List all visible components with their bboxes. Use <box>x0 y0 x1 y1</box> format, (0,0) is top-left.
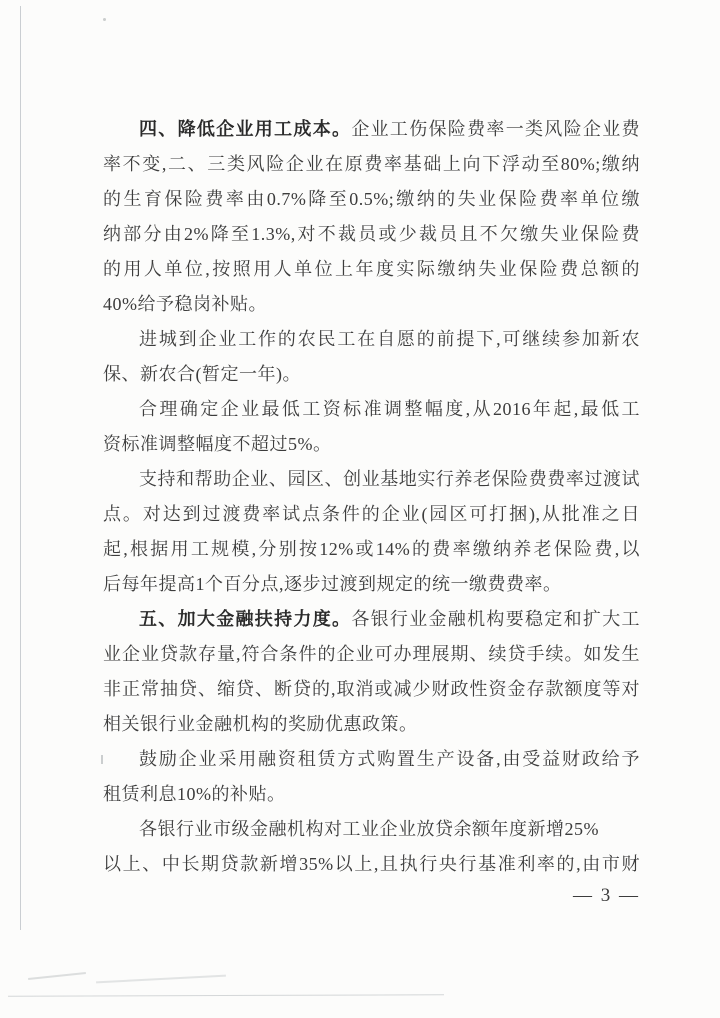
text-line: 的生育保险费率由0.7%降至0.5%;缴纳的失业保险费率单位缴 <box>103 182 640 217</box>
body-text: 非正常抽贷、缩贷、断贷的,取消或减少财政性资金存款额度等对 <box>103 679 640 699</box>
text-block: 四、降低企业用工成本。企业工伤保险费率一类风险企业费率不变,二、三类风险企业在原… <box>103 112 640 882</box>
body-text: 业企业贷款存量,符合条件的企业可办理展期、续贷手续。如发生 <box>103 644 640 664</box>
scan-smudge <box>96 975 226 984</box>
body-text: 企业工伤保险费率一类风险企业费 <box>351 119 640 139</box>
scan-smudge <box>28 972 86 980</box>
text-line: 合理确定企业最低工资标准调整幅度,从2016年起,最低工 <box>103 392 640 427</box>
body-text: 各银行业市级金融机构对工业企业放贷余额年度新增25% <box>139 819 599 839</box>
text-line: 资标准调整幅度不超过5%。 <box>103 427 640 462</box>
text-line: 保、新农合(暂定一年)。 <box>103 357 640 392</box>
body-text: 各银行业金融机构要稳定和扩大工 <box>351 609 640 629</box>
text-line: 40%给予稳岗补贴。 <box>103 287 640 322</box>
body-text: 的用人单位,按照用人单位上年度实际缴纳失业保险费总额的 <box>103 259 640 279</box>
body-text: 起,根据用工规模,分别按12%或14%的费率缴纳养老保险费,以 <box>103 539 640 559</box>
body-text: 的生育保险费率由0.7%降至0.5%;缴纳的失业保险费率单位缴 <box>103 189 640 209</box>
body-text: 进城到企业工作的农民工在自愿的前提下,可继续参加新农 <box>139 329 640 349</box>
scan-speck <box>103 18 106 21</box>
body-text: 租赁利息10%的补贴。 <box>103 784 286 804</box>
body-text: 率不变,二、三类风险企业在原费率基础上向下浮动至80%;缴纳 <box>103 154 640 174</box>
text-line: 相关银行业金融机构的奖励优惠政策。 <box>103 707 640 742</box>
text-line: 以上、中长期贷款新增35%以上,且执行央行基准利率的,由市财 <box>103 847 640 882</box>
text-line: 纳部分由2%降至1.3%,对不裁员或少裁员且不欠缴失业保险费 <box>103 217 640 252</box>
text-line: 率不变,二、三类风险企业在原费率基础上向下浮动至80%;缴纳 <box>103 147 640 182</box>
body-text: 鼓励企业采用融资租赁方式购置生产设备,由受益财政给予 <box>139 749 640 769</box>
text-line: 鼓励企业采用融资租赁方式购置生产设备,由受益财政给予 <box>103 742 640 777</box>
text-line: 各银行业市级金融机构对工业企业放贷余额年度新增25% <box>103 812 640 847</box>
text-line: 起,根据用工规模,分别按12%或14%的费率缴纳养老保险费,以 <box>103 532 640 567</box>
body-text: 纳部分由2%降至1.3%,对不裁员或少裁员且不欠缴失业保险费 <box>103 224 640 244</box>
body-text: 后每年提高1个百分点,逐步过渡到规定的统一缴费费率。 <box>103 574 562 594</box>
text-line: 五、加大金融扶持力度。各银行业金融机构要稳定和扩大工 <box>103 602 640 637</box>
body-text: 40%给予稳岗补贴。 <box>103 294 267 314</box>
body-text: 资标准调整幅度不超过5%。 <box>103 434 332 454</box>
text-line: 业企业贷款存量,符合条件的企业可办理展期、续贷手续。如发生 <box>103 637 640 672</box>
text-line: 非正常抽贷、缩贷、断贷的,取消或减少财政性资金存款额度等对 <box>103 672 640 707</box>
text-line: 后每年提高1个百分点,逐步过渡到规定的统一缴费费率。 <box>103 567 640 602</box>
text-line: 支持和帮助企业、园区、创业基地实行养老保险费费率过渡试 <box>103 462 640 497</box>
scan-edge-line <box>20 6 21 930</box>
body-text: 相关银行业金融机构的奖励优惠政策。 <box>103 714 418 734</box>
body-text: 保、新农合(暂定一年)。 <box>103 364 301 384</box>
body-text: 点。对达到过渡费率试点条件的企业(园区可打捆),从批准之日 <box>103 504 640 524</box>
text-line: 租赁利息10%的补贴。 <box>103 777 640 812</box>
section-heading: 五、加大金融扶持力度。 <box>139 609 351 629</box>
document-page: 四、降低企业用工成本。企业工伤保险费率一类风险企业费率不变,二、三类风险企业在原… <box>0 0 720 1018</box>
scan-streak <box>8 994 444 997</box>
text-line: 的用人单位,按照用人单位上年度实际缴纳失业保险费总额的 <box>103 252 640 287</box>
text-line: 点。对达到过渡费率试点条件的企业(园区可打捆),从批准之日 <box>103 497 640 532</box>
page-number: — 3 — <box>103 878 640 913</box>
body-text: 以上、中长期贷款新增35%以上,且执行央行基准利率的,由市财 <box>103 854 640 874</box>
body-text: 支持和帮助企业、园区、创业基地实行养老保险费费率过渡试 <box>139 469 640 489</box>
text-line: 四、降低企业用工成本。企业工伤保险费率一类风险企业费 <box>103 112 640 147</box>
body-text: 合理确定企业最低工资标准调整幅度,从2016年起,最低工 <box>139 399 640 419</box>
text-line: 进城到企业工作的农民工在自愿的前提下,可继续参加新农 <box>103 322 640 357</box>
section-heading: 四、降低企业用工成本。 <box>139 119 351 139</box>
